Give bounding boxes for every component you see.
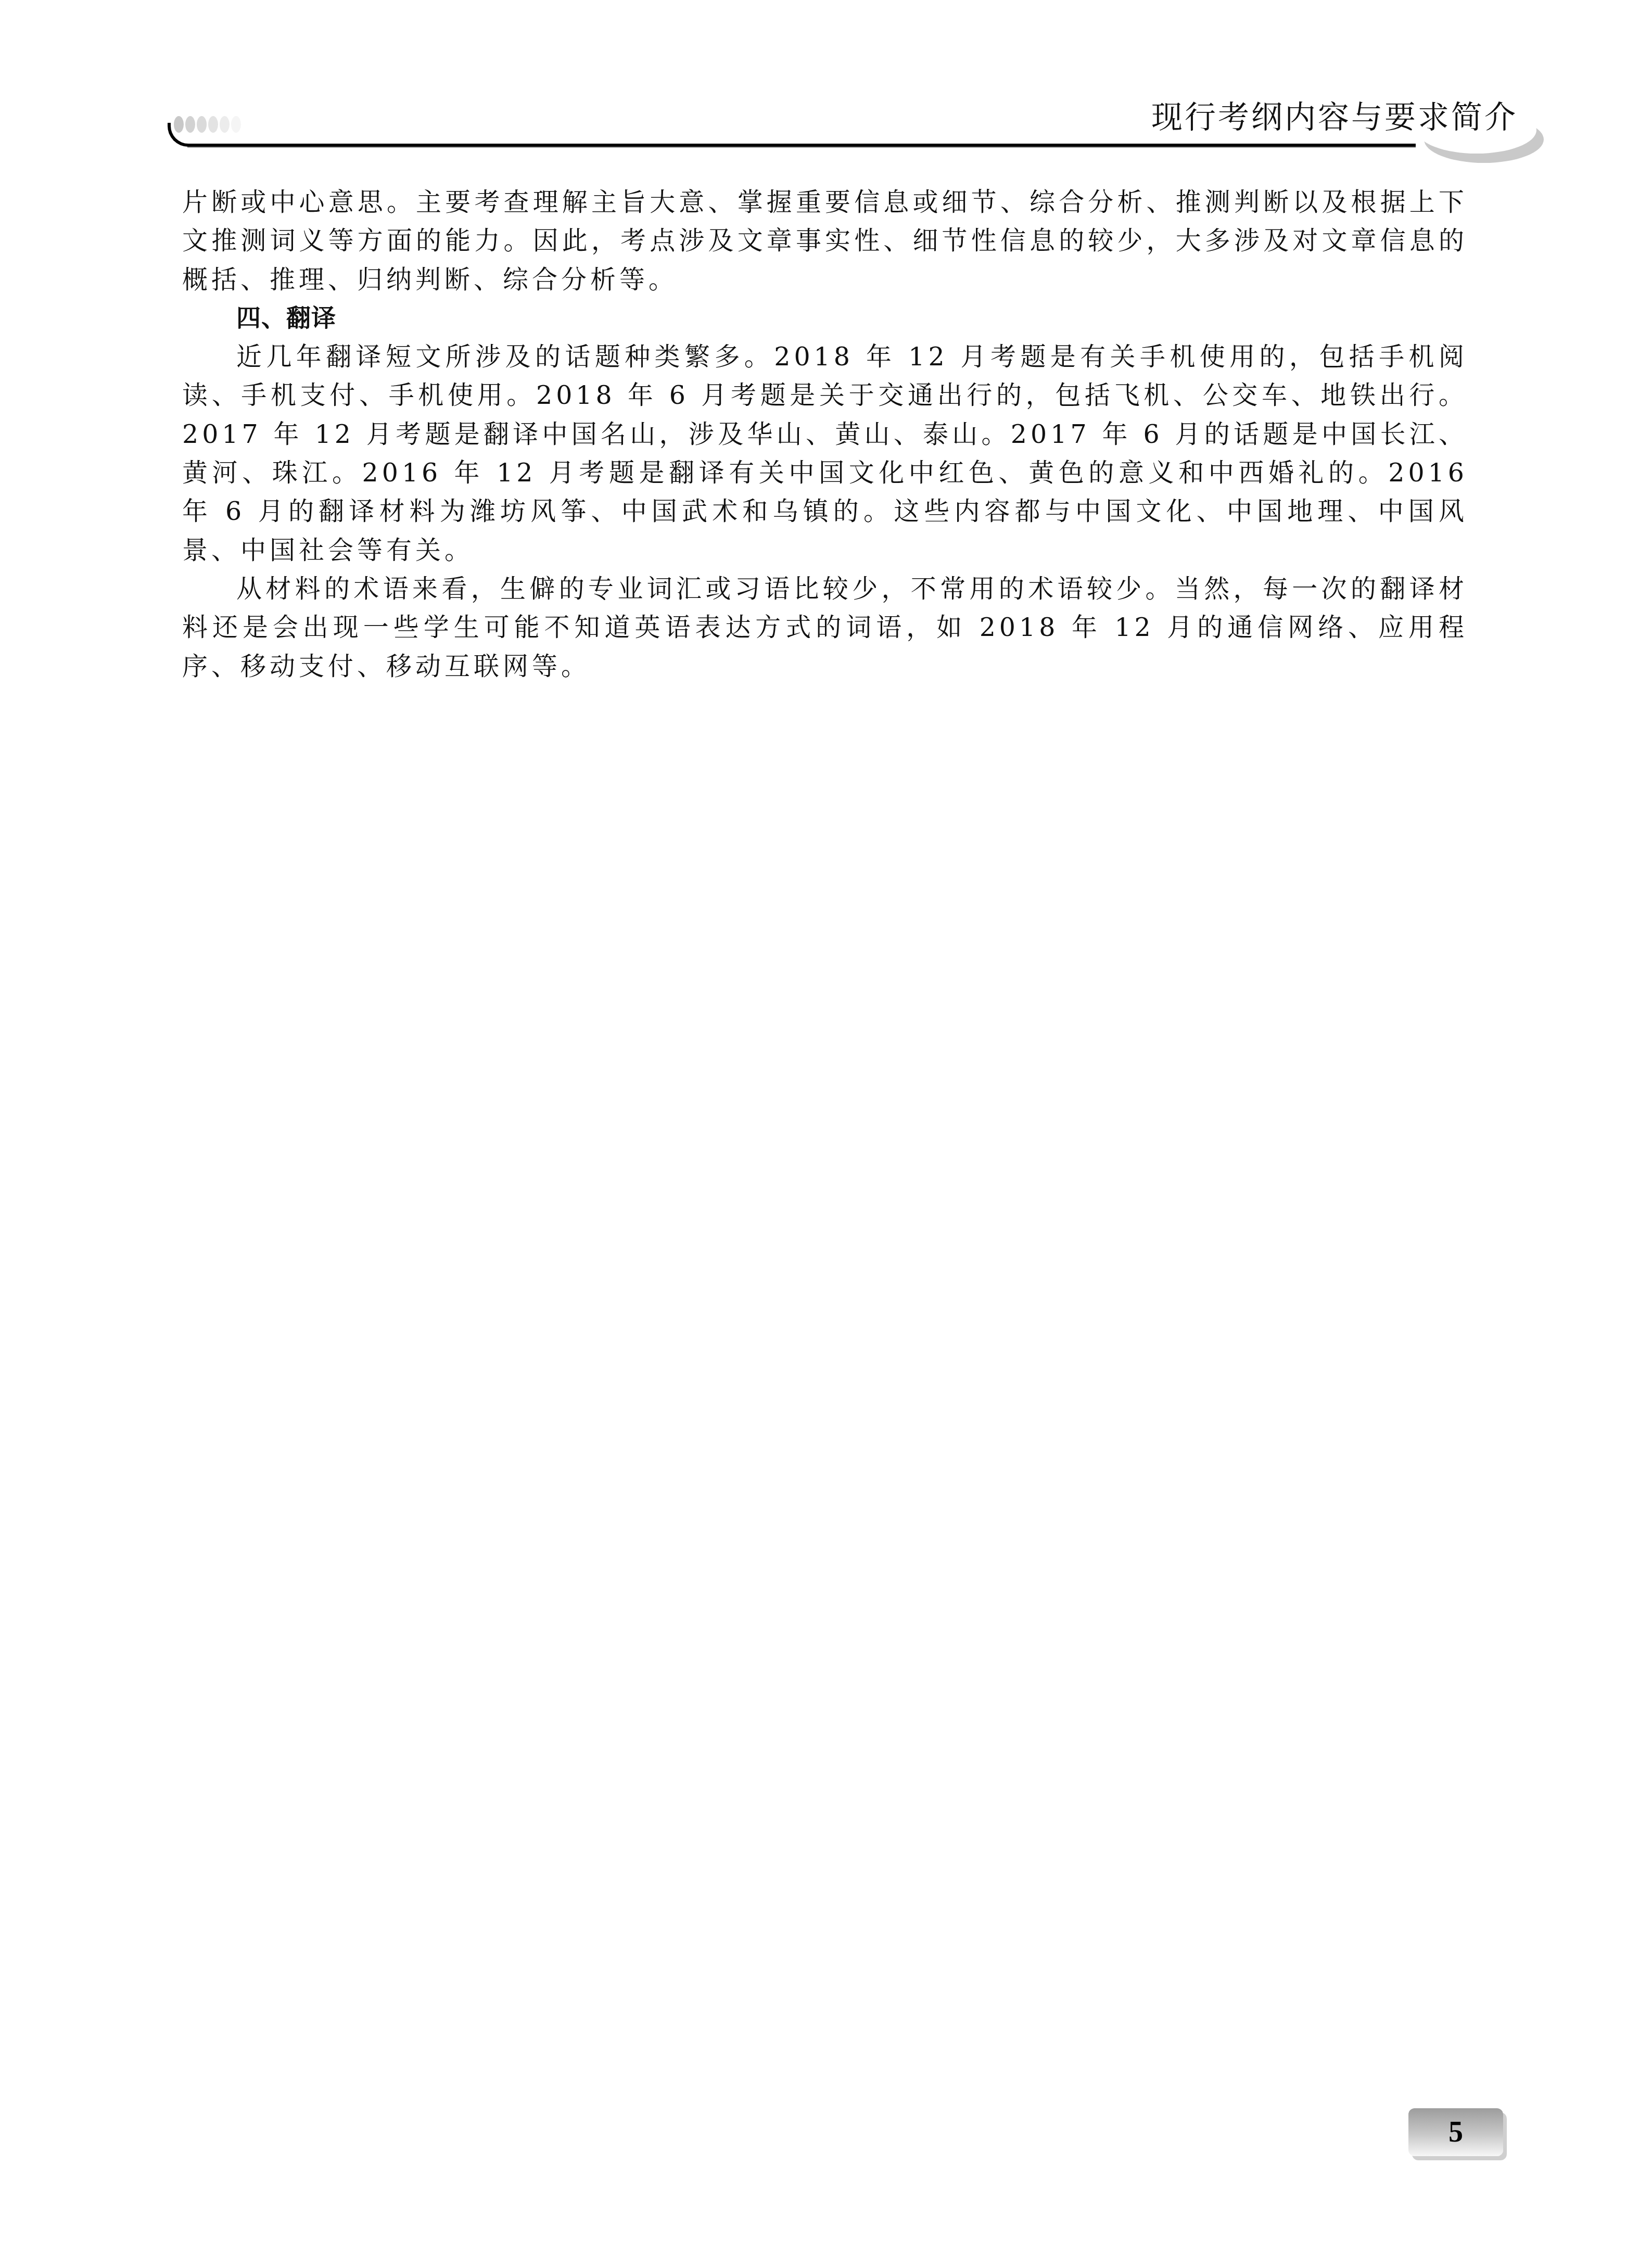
page-header: 现行考纲内容与要求简介	[0, 0, 1652, 172]
section-heading-translation: 四、翻译	[182, 299, 1468, 338]
page-number-badge: 5	[1408, 2108, 1503, 2156]
decor-dot-icon	[231, 116, 241, 133]
header-rule	[187, 144, 1416, 147]
decor-dot-icon	[174, 116, 184, 133]
paragraph-translation-terminology: 从材料的术语来看，生僻的专业词汇或习语比较少，不常用的术语较少。当然，每一次的翻…	[182, 570, 1468, 686]
decor-dot-icon	[197, 116, 207, 133]
decor-dot-icon	[185, 116, 195, 133]
page-content: 片断或中心意思。主要考查理解主旨大意、掌握重要信息或细节、综合分析、推测判断以及…	[182, 183, 1468, 686]
paragraph-continued: 片断或中心意思。主要考查理解主旨大意、掌握重要信息或细节、综合分析、推测判断以及…	[182, 183, 1468, 299]
decor-dot-icon	[208, 116, 218, 133]
running-title: 现行考纲内容与要求简介	[1151, 102, 1518, 133]
decor-dot-icon	[220, 116, 230, 133]
header-dots-decoration	[174, 116, 241, 133]
page-number: 5	[1448, 2118, 1463, 2147]
paragraph-translation-topics: 近几年翻译短文所涉及的话题种类繁多。2018 年 12 月考题是有关手机使用的，…	[182, 338, 1468, 570]
